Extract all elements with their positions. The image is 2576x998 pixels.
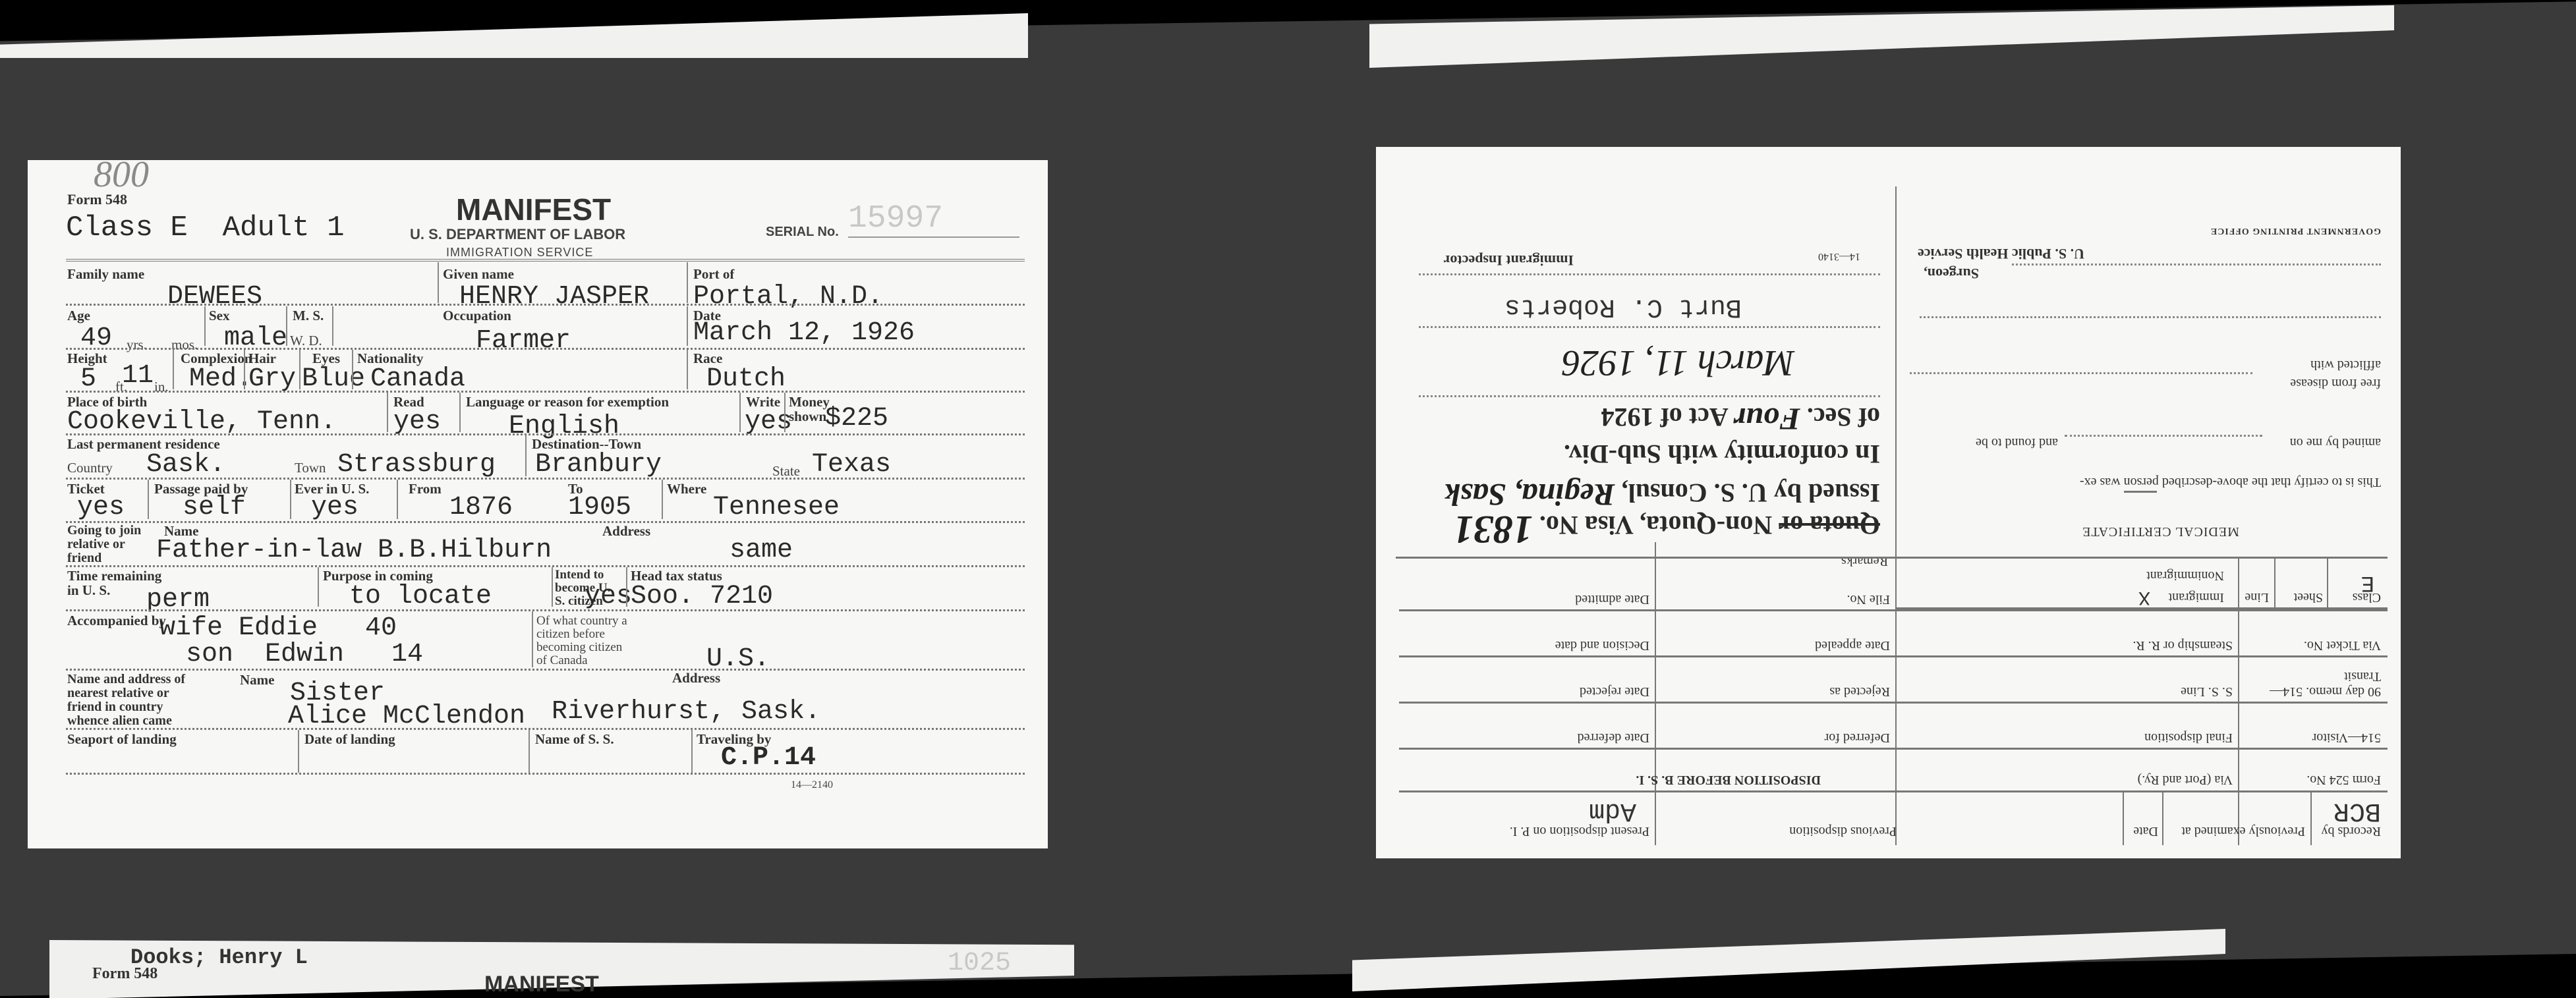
service: IMMIGRATION SERVICE bbox=[446, 246, 593, 260]
occupation-label: Occupation bbox=[443, 308, 511, 323]
table-cell: Deferred for bbox=[1825, 730, 1890, 745]
head-tax-value: Soo. 7210 bbox=[631, 582, 773, 611]
nationality-label: Nationality bbox=[357, 351, 423, 366]
race-value: Dutch bbox=[706, 364, 786, 394]
seaport-label: Seaport of landing bbox=[67, 732, 177, 746]
language-label: Language or reason for exemption bbox=[466, 395, 669, 409]
height-feet: 5 bbox=[80, 364, 96, 394]
where-value: Tennesee bbox=[713, 493, 840, 522]
divider bbox=[529, 730, 530, 773]
state-value: Texas bbox=[812, 450, 891, 480]
to-value: 1905 bbox=[568, 493, 631, 522]
form-number: Form 548 bbox=[67, 192, 127, 207]
divider bbox=[687, 350, 688, 389]
line-label: Line bbox=[2245, 590, 2269, 605]
surgeon-label: Surgeon, bbox=[1924, 265, 1979, 282]
phs-label: U. S. Public Health Service bbox=[1918, 245, 2084, 262]
divider bbox=[173, 350, 174, 389]
intend-citizen-value: yes bbox=[585, 582, 632, 611]
accompanied-line-2: son Edwin 14 bbox=[186, 640, 423, 669]
residence-label: Last permanent residence bbox=[67, 437, 220, 451]
department: U. S. DEPARTMENT OF LABOR bbox=[410, 226, 625, 243]
divider bbox=[1399, 655, 2388, 657]
table-cell: Date rejected bbox=[1580, 684, 1649, 699]
divider bbox=[286, 306, 287, 346]
join-address-value: same bbox=[730, 536, 793, 565]
marital-options: W. D. bbox=[290, 333, 322, 349]
bottom-card-form: Form 548 bbox=[92, 965, 157, 983]
consul-handwritten: Regina, Sask bbox=[1445, 477, 1615, 512]
accompanied-label: Accompanied by bbox=[67, 613, 166, 628]
date-label: Date bbox=[2133, 823, 2158, 839]
eyes-value: Blue bbox=[302, 364, 365, 394]
divider bbox=[204, 306, 206, 346]
purpose-value: to locate bbox=[349, 582, 492, 611]
table-cell: 90 day memo. 514—Transit bbox=[2249, 669, 2381, 699]
serial-label: SERIAL No. bbox=[766, 225, 839, 240]
traveling-by-value: C.P.14 bbox=[721, 743, 816, 773]
divider bbox=[66, 521, 1025, 523]
country-value: Sask. bbox=[146, 450, 225, 480]
sex-label: Sex bbox=[209, 308, 230, 323]
divider bbox=[1419, 273, 1880, 275]
conformity-line: In conformity with Sub-Div. bbox=[1564, 439, 1880, 470]
act-label: Act of 1924 bbox=[1601, 402, 1728, 432]
going-to-join-label: Going to join relative or friend bbox=[67, 524, 150, 565]
previous-disposition-label: Previous disposition bbox=[1789, 823, 1897, 839]
sec-line: of Sec. Four Act of 1924 bbox=[1601, 401, 1880, 437]
divider bbox=[1910, 372, 2252, 374]
divider bbox=[1920, 316, 2381, 318]
divider bbox=[1655, 792, 1656, 845]
divider bbox=[1895, 608, 1897, 750]
purpose-label: Purpose in coming bbox=[323, 568, 433, 583]
issued-by-text: Issued by U. S. Consul, bbox=[1622, 478, 1880, 508]
passage-value: self bbox=[183, 493, 246, 522]
ticket-value: yes bbox=[77, 493, 125, 522]
height-inches: 11 bbox=[122, 361, 154, 391]
divider bbox=[2238, 559, 2239, 609]
divider bbox=[244, 350, 245, 389]
present-disposition-label: Present disposition on P. I. bbox=[1510, 823, 1649, 839]
divider bbox=[626, 567, 627, 607]
divider bbox=[66, 773, 1025, 775]
records-by-label: Records by bbox=[2321, 823, 2381, 839]
visa-number: 1831 bbox=[1454, 508, 1533, 551]
date-landing-label: Date of landing bbox=[304, 732, 395, 746]
divider bbox=[66, 391, 1025, 393]
ever-in-us-value: yes bbox=[311, 493, 358, 522]
table-cell: DISPOSITION BEFORE B. S. I. bbox=[1636, 772, 1821, 787]
inspector-label: Immigrant Inspector bbox=[1444, 252, 1574, 269]
relative-name-label: Name bbox=[240, 673, 274, 687]
complexion-value: Med. bbox=[189, 364, 252, 394]
divider bbox=[352, 350, 353, 389]
table-cell: Date deferred bbox=[1578, 730, 1649, 745]
date-value: March 12, 1926 bbox=[693, 318, 915, 348]
divider bbox=[318, 567, 319, 607]
port-value: Portal, N.D. bbox=[693, 282, 883, 312]
divider bbox=[66, 304, 1025, 306]
sec-handwritten: Four bbox=[1734, 401, 1800, 436]
divider bbox=[2310, 792, 2312, 845]
divider bbox=[66, 478, 1025, 480]
class-line: Class E Adult 1 bbox=[66, 211, 344, 244]
bottom-card-serial: 1025 bbox=[948, 949, 1011, 978]
divider bbox=[66, 609, 1025, 611]
read-value: yes bbox=[393, 407, 441, 437]
divider bbox=[1399, 609, 2388, 611]
divider bbox=[687, 262, 688, 303]
nearest-relative-label: Name and address of nearest relative or … bbox=[67, 673, 206, 728]
divider bbox=[299, 350, 301, 389]
town-value: Strassburg bbox=[337, 450, 496, 480]
age-label: Age bbox=[67, 308, 90, 323]
where-label: Where bbox=[667, 482, 706, 496]
sheet-label: Sheet bbox=[2294, 590, 2323, 605]
divider bbox=[66, 433, 1025, 435]
present-disposition-value: Adm bbox=[1589, 796, 1636, 825]
inspector-code: 14—3140 bbox=[1818, 250, 1860, 262]
money-label: Money shown bbox=[789, 395, 828, 424]
relative-name-line-2: Alice McClendon bbox=[288, 702, 525, 731]
divider bbox=[66, 259, 1025, 262]
from-value: 1876 bbox=[449, 493, 513, 522]
remarks-label: Remarks bbox=[1841, 553, 1888, 568]
print-code: 14—2140 bbox=[791, 779, 833, 791]
join-address-label: Address bbox=[602, 524, 650, 538]
height-label: Height bbox=[67, 351, 107, 366]
divider bbox=[739, 393, 741, 432]
prior-citizenship-label: Of what country a citizen before becomin… bbox=[536, 615, 635, 667]
divider bbox=[2065, 435, 2262, 437]
quota-line: Quota or Non-Quota, Visa No. 1831 bbox=[1454, 507, 1880, 552]
divider bbox=[784, 393, 786, 432]
table-cell: Date admitted bbox=[1575, 592, 1649, 607]
birthplace-value: Cookeville, Tenn. bbox=[67, 407, 336, 437]
table-cell: S. S. Line bbox=[2181, 684, 2233, 699]
table-cell: Date appealed bbox=[1815, 638, 1890, 653]
table-cell: Via (Port and Ry.) bbox=[2138, 772, 2233, 787]
divider bbox=[1399, 702, 2388, 704]
divider bbox=[1396, 557, 1897, 559]
divider bbox=[66, 565, 1025, 567]
hair-label: Hair bbox=[248, 351, 276, 366]
nonimmigrant-label: Nonimmigrant bbox=[2146, 568, 2224, 583]
divider bbox=[1419, 395, 1880, 397]
pencil-note: 800 bbox=[94, 153, 149, 196]
race-label: Race bbox=[693, 351, 722, 366]
relative-address-label: Address bbox=[672, 671, 720, 685]
divider bbox=[66, 728, 1025, 730]
table-cell: Decision and date bbox=[1555, 638, 1649, 653]
occupation-value: Farmer bbox=[476, 326, 571, 356]
head-tax-label: Head tax status bbox=[631, 568, 722, 583]
divider bbox=[66, 348, 1025, 350]
immigrant-mark: X bbox=[2138, 586, 2150, 608]
in-label: in. bbox=[154, 379, 169, 395]
relative-address-value: Riverhurst, Sask. bbox=[552, 697, 820, 727]
table-cell: Final disposition bbox=[2144, 730, 2233, 745]
family-name-label: Family name bbox=[67, 267, 144, 281]
divider bbox=[2327, 559, 2328, 609]
divider bbox=[662, 480, 663, 519]
divider bbox=[66, 669, 1025, 671]
accompanied-line-1: wife Eddie 40 bbox=[159, 613, 397, 643]
join-name-value: Father-in-law B.B.Hilburn bbox=[156, 536, 552, 565]
free-from-disease: free from disease bbox=[2290, 375, 2381, 391]
country-label: Country bbox=[67, 460, 113, 476]
afflicted-with: afflicted with bbox=[2310, 357, 2381, 372]
port-label: Port of bbox=[693, 267, 734, 281]
serial-value: 15997 bbox=[848, 201, 1019, 238]
divider bbox=[532, 611, 533, 667]
destination-town: Branbury bbox=[535, 450, 662, 480]
divider bbox=[691, 730, 693, 773]
quota-struck: Quota or bbox=[1779, 511, 1880, 540]
quota-text: Non-Quota, Visa No. bbox=[1539, 511, 1772, 540]
divider bbox=[438, 262, 439, 303]
given-name-label: Given name bbox=[443, 267, 514, 281]
table-cell: Steamship or R. R. bbox=[2132, 638, 2233, 653]
money-value: $225 bbox=[825, 404, 888, 433]
handwritten-date: March 11, 1926 bbox=[1562, 342, 1794, 384]
nationality-value: Canada bbox=[370, 364, 465, 394]
marital-label: M. S. bbox=[293, 308, 324, 323]
bottom-card-title: MANIFEST bbox=[484, 972, 599, 997]
divider bbox=[1399, 790, 2388, 792]
divider bbox=[525, 435, 527, 476]
divider bbox=[1399, 748, 2388, 750]
sec-prefix: of Sec. bbox=[1807, 402, 1880, 432]
medical-certificate-card: GOVERNMENT PRINTING OFFICE This is to ce… bbox=[1376, 147, 2401, 858]
manifest-card: 800 Form 548 Class E Adult 1 MANIFEST U.… bbox=[28, 160, 1048, 848]
certificate-text-2: amined by me on bbox=[2290, 435, 2381, 450]
table-cell: Via Ticket No. bbox=[2249, 638, 2381, 653]
issued-by-line: Issued by U. S. Consul, Regina, Sask bbox=[1445, 476, 1880, 513]
divider bbox=[1419, 326, 1880, 328]
medical-certificate-title: MEDICAL CERTIFICATE bbox=[2082, 524, 2239, 539]
divider bbox=[552, 567, 553, 607]
divider bbox=[290, 480, 291, 519]
yrs-label: yrs. bbox=[127, 337, 147, 353]
eyes-label: Eyes bbox=[312, 351, 340, 366]
from-label: From bbox=[409, 482, 442, 496]
divider bbox=[387, 393, 388, 432]
table-cell: File No. bbox=[1846, 592, 1890, 607]
divider bbox=[397, 480, 398, 519]
table-cell: Rejected as bbox=[1829, 684, 1890, 699]
printer-credit: GOVERNMENT PRINTING OFFICE bbox=[2210, 225, 2381, 236]
certificate-text-3: and found to be bbox=[1976, 435, 2058, 450]
divider bbox=[459, 393, 461, 432]
class-value: E bbox=[2361, 570, 2374, 595]
divider bbox=[687, 306, 688, 346]
divider bbox=[2162, 792, 2163, 845]
destination-label: Destination--Town bbox=[532, 437, 641, 451]
divider bbox=[298, 730, 299, 773]
certificate-text-1: This is to certify that the above-descri… bbox=[1906, 474, 2381, 489]
immigrant-label: Immigrant bbox=[2169, 590, 2224, 605]
divider bbox=[332, 306, 333, 346]
divider bbox=[2124, 491, 2157, 493]
previously-examined-label: Previously examined at bbox=[2181, 823, 2305, 839]
table-cell: Form 524 No. bbox=[2306, 772, 2381, 787]
hair-value: Gry bbox=[248, 364, 296, 394]
divider bbox=[2238, 609, 2239, 845]
complexion-label: Complexion bbox=[181, 351, 252, 366]
town-label: Town bbox=[295, 460, 326, 476]
divider bbox=[148, 480, 149, 519]
records-by-value: BCR bbox=[2333, 796, 2381, 825]
divider bbox=[2123, 792, 2124, 845]
divider bbox=[2274, 559, 2275, 609]
divider bbox=[1655, 542, 1656, 792]
table-cell: 514—Visitor bbox=[2312, 730, 2381, 745]
divider bbox=[1897, 557, 2388, 559]
inspector-name: Burt C. Roberts bbox=[1504, 292, 1742, 321]
divider bbox=[2012, 263, 2381, 265]
ship-name-label: Name of S. S. bbox=[535, 732, 614, 746]
page-title: MANIFEST bbox=[456, 192, 611, 227]
